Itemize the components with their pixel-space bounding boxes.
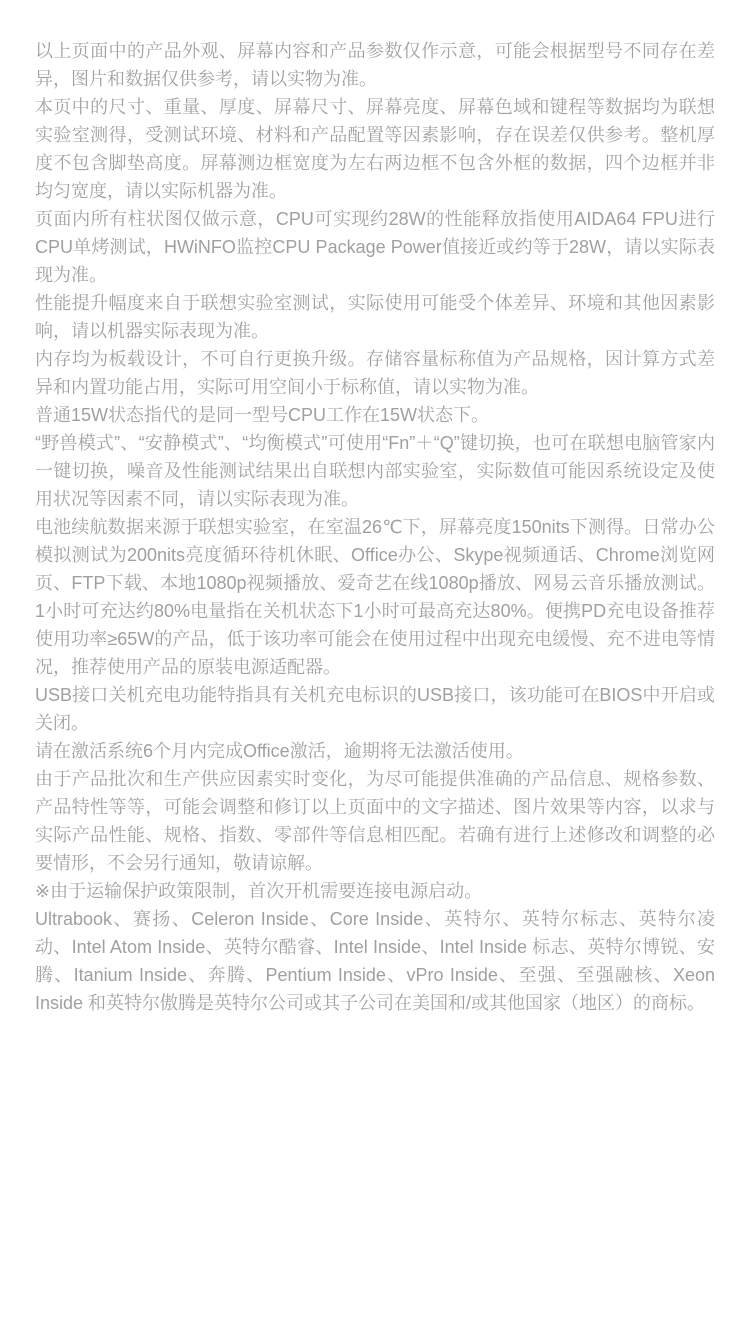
disclaimer-text-block: 以上页面中的产品外观、屏幕内容和产品参数仅作示意，可能会根据型号不同存在差异，图… — [0, 0, 750, 1017]
disclaimer-paragraph-memory-storage: 内存均为板载设计，不可自行更换升级。存储容量标称值为产品规格，因计算方式差异和内… — [35, 345, 715, 401]
disclaimer-paragraph-performance-uplift: 性能提升幅度来自于联想实验室测试，实际使用可能受个体差异、环境和其他因素影响，请… — [35, 289, 715, 345]
disclaimer-paragraph-intel-trademarks: Ultrabook、赛扬、Celeron Inside、Core Inside、… — [35, 905, 715, 1017]
disclaimer-paragraph-office-activation: 请在激活系统6个月内完成Office激活，逾期将无法激活使用。 — [35, 737, 715, 765]
disclaimer-paragraph-spec-changes: 由于产品批次和生产供应因素实时变化，为尽可能提供准确的产品信息、规格参数、产品特… — [35, 765, 715, 877]
disclaimer-paragraph-15w-state: 普通15W状态指代的是同一型号CPU工作在15W状态下。 — [35, 401, 715, 429]
disclaimer-paragraph-battery-test: 电池续航数据来源于联想实验室，在室温26℃下，屏幕亮度150nits下测得。日常… — [35, 513, 715, 681]
disclaimer-paragraph-cpu-performance: 页面内所有柱状图仅做示意，CPU可实现约28W的性能释放指使用AIDA64 FP… — [35, 205, 715, 289]
disclaimer-paragraph-measurements: 本页中的尺寸、重量、厚度、屏幕尺寸、屏幕亮度、屏幕色域和键程等数据均为联想实验室… — [35, 93, 715, 205]
disclaimer-paragraph-shipping-protection: ※由于运输保护政策限制，首次开机需要连接电源启动。 — [35, 877, 715, 905]
disclaimer-paragraph-product-appearance: 以上页面中的产品外观、屏幕内容和产品参数仅作示意，可能会根据型号不同存在差异，图… — [35, 37, 715, 93]
disclaimer-paragraph-mode-switch: “野兽模式”、“安静模式”、“均衡模式”可使用“Fn”＋“Q”键切换，也可在联想… — [35, 429, 715, 513]
disclaimer-paragraph-usb-charging: USB接口关机充电功能特指具有关机充电标识的USB接口，该功能可在BIOS中开启… — [35, 681, 715, 737]
